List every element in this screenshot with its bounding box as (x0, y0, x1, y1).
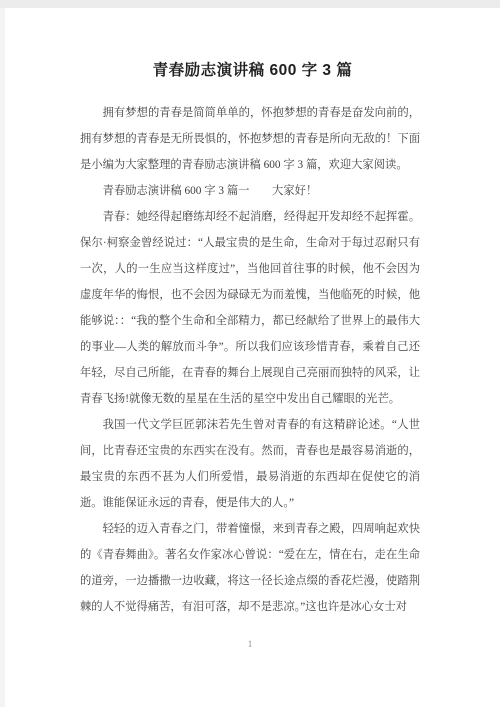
paragraph-intro: 拥有梦想的青春是简简单单的，怀抱梦想的青春是奋发向前的，拥有梦想的青春是无所畏惧… (80, 100, 420, 178)
page-number: 1 (0, 638, 500, 650)
document-body: 拥有梦想的青春是简简单单的，怀抱梦想的青春是奋发向前的，拥有梦想的青春是无所畏惧… (80, 100, 420, 620)
paragraph-speech-body-2: 我国一代文学巨匠郭沫若先生曾对青春的有这精辟论述。“人世间，比青春还宝贵的东西实… (80, 412, 420, 516)
viewer-top-border (0, 0, 500, 8)
paragraph-section-heading: 青春励志演讲稿 600 字 3 篇一 大家好！ (80, 178, 420, 204)
document-page: 青春励志演讲稿 600 字 3 篇 拥有梦想的青春是简简单单的，怀抱梦想的青春是… (5, 8, 500, 707)
paragraph-speech-body-3: 轻轻的迈入青春之门，带着憧憬，来到青春之殿，四周响起欢快的《青春舞曲》。著名女作… (80, 516, 420, 620)
document-title: 青春励志演讲稿 600 字 3 篇 (80, 60, 425, 82)
document-viewer: { "document": { "title": "青春励志演讲稿 600 字 … (0, 0, 500, 707)
paragraph-speech-body-1: 青春：她经得起磨练却经不起消磨，经得起开发却经不起挥霍。保尔·柯察金曾经说过：“… (80, 204, 420, 412)
